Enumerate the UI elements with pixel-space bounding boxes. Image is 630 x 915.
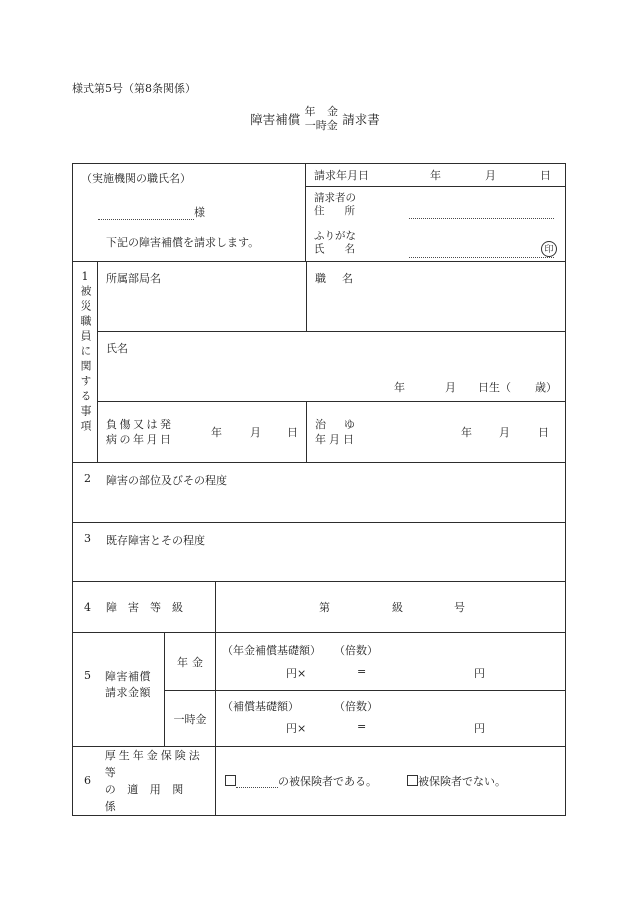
title-suffix: 請求書	[342, 110, 380, 128]
section6-number: 6	[84, 774, 94, 787]
name-label: 氏名	[314, 243, 375, 256]
birth-age-suffix: 歳）	[535, 379, 557, 395]
lump-sum-equals: =	[357, 720, 366, 733]
section3-row: 3 既存障害とその程度	[73, 522, 565, 581]
checkbox-icon	[407, 775, 418, 786]
addressee-line: 様	[98, 204, 297, 220]
injury-day: 日	[287, 424, 298, 440]
healing-date-cell: 治ゆ 年月日 年 月 日	[307, 402, 565, 463]
section5-label-line1: 障害補償	[105, 669, 151, 685]
claim-date-label: 請求年月日	[314, 167, 369, 183]
section2-cell: 2 障害の部位及びその程度	[73, 463, 565, 522]
injury-label-line2: 病の年月日	[106, 432, 174, 447]
grade-value-cell: 第 級 号	[216, 582, 565, 632]
section4-row: 4 障害等級 第 級 号	[73, 581, 565, 632]
employee-name-label: 氏名	[106, 342, 128, 355]
section5-label-cell: 5 障害補償 請求金額	[73, 633, 165, 746]
injury-date-cell: 負傷又は発 病の年月日 年 月 日	[98, 402, 307, 463]
checkbox-icon	[225, 775, 236, 786]
healing-day: 日	[538, 424, 549, 440]
healing-label-line1: 治ゆ	[315, 417, 373, 432]
form-page: 様式第5号（第8条関係） 障害補償 年 金 一時金 請求書 （実施機関の職氏名）…	[0, 0, 630, 915]
section6-label-line2: の適用関係	[105, 781, 215, 815]
section1-row: 1 被災職員に関する事項 所属部局名 職名 氏名 年 月	[73, 261, 565, 463]
injury-label-line1: 負傷又は発	[106, 417, 174, 432]
section1-vertical-label: 被災職員に関する事項	[77, 285, 93, 435]
claim-date-year: 年	[430, 167, 441, 183]
section1-content: 所属部局名 職名 氏名 年 月 日生（ 歳）	[98, 262, 565, 463]
birth-date-line: 年 月 日生（ 歳）	[394, 379, 557, 395]
healing-date-label: 治ゆ 年月日	[315, 417, 373, 447]
lump-sum-yen-times: 円×	[286, 720, 306, 736]
pension-multiplier-label: （倍数）	[334, 642, 378, 658]
department-row: 所属部局名 職名	[98, 262, 565, 332]
addressee-blank-line	[98, 208, 194, 220]
agency-label: （実施機関の職氏名）	[81, 170, 297, 186]
pension-base-label: （年金補償基礎額）	[222, 642, 321, 658]
section5-row: 5 障害補償 請求金額 年金 （年金補償基礎額） （倍数） 円× =	[73, 632, 565, 746]
pension-amount-cell: （年金補償基礎額） （倍数） 円× = 円	[216, 633, 565, 690]
department-cell: 所属部局名	[98, 262, 307, 331]
job-title-cell: 職名	[307, 262, 565, 331]
claimant-name-label: ふりがな 氏名	[314, 230, 375, 256]
department-label: 所属部局名	[106, 272, 161, 285]
addressee-suffix: 様	[194, 204, 205, 220]
claim-date-row: 請求年月日 年 月 日	[306, 164, 565, 187]
section4-number: 4	[84, 601, 98, 614]
job-title-label: 職名	[315, 272, 369, 285]
section5-label: 障害補償 請求金額	[105, 669, 151, 701]
declaration-text: 下記の障害補償を請求します。	[106, 234, 297, 250]
claimant-column: 請求年月日 年 月 日 請求者の 住所 ふりがな 氏名	[306, 164, 565, 261]
lump-sum-type-cell: 一時金	[165, 691, 216, 746]
healing-year: 年	[461, 424, 472, 440]
section3-label: 既存障害とその程度	[106, 532, 205, 548]
pension-type-cell: 年金	[165, 633, 216, 690]
lump-sum-multiplier-label: （倍数）	[334, 698, 378, 714]
agency-cell: （実施機関の職氏名） 様 下記の障害補償を請求します。	[73, 164, 306, 261]
lump-sum-type-label: 一時金	[174, 711, 207, 727]
injury-date-units: 年 月 日	[211, 424, 300, 440]
birth-month: 月	[445, 379, 456, 395]
furigana-label: ふりがな	[314, 230, 375, 243]
injury-year: 年	[211, 424, 222, 440]
form-number: 様式第5号（第8条関係）	[72, 80, 196, 96]
grade-unit: 級	[392, 599, 403, 615]
claim-date-day: 日	[540, 167, 551, 183]
name-blank-line	[409, 257, 554, 258]
lump-sum-yen: 円	[474, 720, 485, 736]
option-not-insured-text: 被保険者でない。	[418, 773, 506, 789]
address-blank-line	[409, 218, 554, 219]
section6-label: 厚生年金保険法等 の適用関係	[105, 747, 215, 815]
title-prefix: 障害補償	[250, 110, 300, 128]
header-row: （実施機関の職氏名） 様 下記の障害補償を請求します。 請求年月日 年 月 日 …	[73, 164, 565, 261]
lump-sum-row: 一時金 （補償基礎額） （倍数） 円× = 円	[165, 691, 565, 746]
section6-label-line1: 厚生年金保険法等	[105, 747, 215, 781]
section2-number: 2	[84, 472, 98, 485]
pension-type-label: 年金	[177, 654, 207, 670]
grade-prefix: 第	[319, 599, 330, 615]
section2-row: 2 障害の部位及びその程度	[73, 462, 565, 522]
injury-date-label: 負傷又は発 病の年月日	[106, 417, 174, 447]
form-table: （実施機関の職氏名） 様 下記の障害補償を請求します。 請求年月日 年 月 日 …	[72, 163, 566, 816]
section5-number: 5	[84, 669, 94, 682]
title-stack-pension: 年 金	[302, 105, 340, 119]
option-insured-text: の被保険者である。	[278, 773, 377, 789]
claimant-address-label-line1: 請求者の	[314, 192, 375, 205]
injury-month: 月	[250, 424, 261, 440]
injury-healing-row: 負傷又は発 病の年月日 年 月 日 治ゆ 年月日	[98, 402, 565, 463]
section3-number: 3	[84, 532, 98, 545]
seal-icon: 印	[541, 241, 557, 257]
name-cell: 氏名 年 月 日生（ 歳）	[98, 332, 565, 402]
healing-month: 月	[499, 424, 510, 440]
title-stack-lumpsum: 一時金	[302, 119, 340, 133]
pension-equals: =	[357, 665, 366, 678]
healing-label-line2: 年月日	[315, 432, 373, 447]
claimant-cell: 請求者の 住所 ふりがな 氏名 印	[306, 187, 565, 261]
section5-label-line2: 請求金額	[105, 685, 151, 701]
grade-suffix: 号	[454, 599, 465, 615]
section6-row: 6 厚生年金保険法等 の適用関係 の被保険者である。 被保険者でない。	[73, 746, 565, 815]
section6-label-cell: 6 厚生年金保険法等 の適用関係	[73, 747, 216, 815]
title-stack: 年 金 一時金	[302, 105, 340, 134]
section1-side-label: 1 被災職員に関する事項	[73, 262, 98, 463]
section2-label: 障害の部位及びその程度	[106, 472, 227, 488]
section4-label-cell: 4 障害等級	[73, 582, 216, 632]
claimant-address-label: 請求者の 住所	[314, 192, 375, 218]
pension-yen-times: 円×	[286, 665, 306, 681]
section3-cell: 3 既存障害とその程度	[73, 523, 565, 581]
lump-sum-amount-cell: （補償基礎額） （倍数） 円× = 円	[216, 691, 565, 746]
healing-date-units: 年 月 日	[461, 424, 557, 440]
section4-label: 障害等級	[106, 599, 194, 615]
section5-content: 年金 （年金補償基礎額） （倍数） 円× = 円 一時金 （補償	[165, 633, 565, 746]
insurance-options-cell: の被保険者である。 被保険者でない。	[216, 747, 565, 815]
pension-yen: 円	[474, 665, 485, 681]
page-title: 障害補償 年 金 一時金 請求書	[0, 105, 630, 134]
claim-date-month: 月	[485, 167, 496, 183]
claimant-address-label-line2: 住所	[314, 205, 375, 218]
birth-year: 年	[394, 379, 405, 395]
pension-row: 年金 （年金補償基礎額） （倍数） 円× = 円	[165, 633, 565, 691]
lump-sum-base-label: （補償基礎額）	[222, 698, 299, 714]
insurer-blank-line	[236, 776, 278, 788]
birth-day-suffix: 日生（	[478, 379, 511, 395]
section1-number: 1	[82, 270, 89, 283]
